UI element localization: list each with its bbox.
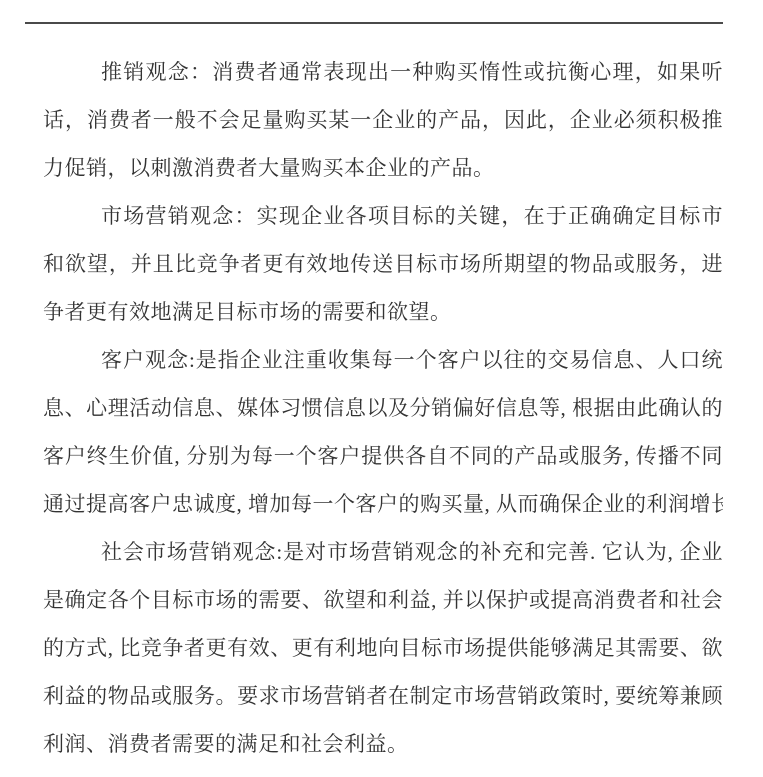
text-line: 力促销，以刺激消费者大量购买本企业的产品。 [43, 144, 723, 192]
document-page: 推销观念：消费者通常表现出一种购买惰性或抗衡心理，如果听其自然的话，消费者一般不… [0, 0, 763, 777]
text-line: 客户观念:是指企业注重收集每一个客户以往的交易信息、人口统计信 [43, 336, 723, 384]
text-line: 争者更有效地满足目标市场的需要和欲望。 [43, 288, 723, 336]
page-top-rule [25, 22, 723, 24]
text-line: 是确定各个目标市场的需要、欲望和利益, 并以保护或提高消费者和社会福利 [43, 576, 723, 624]
paragraph-customer-concept: 客户观念:是指企业注重收集每一个客户以往的交易信息、人口统计信息、心理活动信息、… [43, 336, 723, 528]
text-line: 社会市场营销观念:是对市场营销观念的补充和完善. 它认为, 企业的任务 [43, 528, 723, 576]
text-line: 和欲望，并且比竞争者更有效地传送目标市场所期望的物品或服务，进而比竞 [43, 240, 723, 288]
text-line: 利润、消费者需要的满足和社会利益。 [43, 720, 723, 768]
paragraph-marketing-concept: 市场营销观念：实现企业各项目标的关键，在于正确确定目标市场的需要和欲望，并且比竞… [43, 192, 723, 336]
text-line: 话，消费者一般不会足量购买某一企业的产品，因此，企业必须积极推销和大 [43, 96, 723, 144]
text-line: 通过提高客户忠诚度, 增加每一个客户的购买量, 从而确保企业的利润增长。 [43, 480, 723, 528]
text-line: 的方式, 比竞争者更有效、更有利地向目标市场提供能够满足其需要、欲望和 [43, 624, 723, 672]
paragraph-selling-concept: 推销观念：消费者通常表现出一种购买惰性或抗衡心理，如果听其自然的话，消费者一般不… [43, 48, 723, 192]
text-line: 推销观念：消费者通常表现出一种购买惰性或抗衡心理，如果听其自然的 [43, 48, 723, 96]
paragraph-societal-marketing-concept: 社会市场营销观念:是对市场营销观念的补充和完善. 它认为, 企业的任务是确定各个… [43, 528, 723, 768]
text-line: 息、心理活动信息、媒体习惯信息以及分销偏好信息等, 根据由此确认的不同 [43, 384, 723, 432]
text-line: 利益的物品或服务。要求市场营销者在制定市场营销政策时, 要统筹兼顾企业 [43, 672, 723, 720]
document-body: 推销观念：消费者通常表现出一种购买惰性或抗衡心理，如果听其自然的话，消费者一般不… [43, 48, 723, 768]
text-line: 客户终生价值, 分别为每一个客户提供各自不同的产品或服务, 传播不同的信息, [43, 432, 723, 480]
text-line: 市场营销观念：实现企业各项目标的关键，在于正确确定目标市场的需要 [43, 192, 723, 240]
